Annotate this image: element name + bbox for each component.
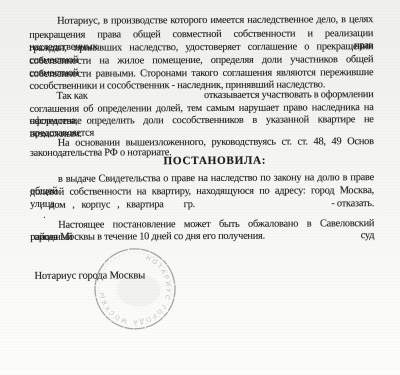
refuse-text: - отказать. bbox=[331, 198, 374, 210]
address-fields-text: , дом , корпус , квартира bbox=[40, 199, 164, 212]
tak-kak-text: Так как bbox=[56, 90, 87, 102]
body-line: Нотариус, в производстве которого имеетс… bbox=[29, 14, 373, 28]
body-line: собственности равными. Сторонами такого … bbox=[29, 67, 373, 81]
notary-stamp: НОТАРИУС ГОРОДА МОСКВЫ bbox=[92, 246, 177, 331]
document-content: Нотариус, в производстве которого имеетс… bbox=[0, 0, 400, 375]
body-line: города Москвы в течение 10 дней со дня е… bbox=[30, 230, 374, 244]
signature-line: Нотариус города Москвы bbox=[34, 270, 145, 283]
citizen-abbrev: гр. bbox=[184, 199, 195, 211]
address-fields: , дом , корпус , квартира гр. bbox=[30, 199, 195, 212]
body-line-address-blanks: , дом , корпус , квартира гр. - отказать… bbox=[30, 198, 374, 212]
refusal-text: отказывается участвовать в оформлении bbox=[204, 89, 374, 102]
resolution-heading: ПОСТАНОВИЛА: bbox=[30, 153, 400, 167]
scanned-notary-resolution: Нотариус, в производстве которого имеетс… bbox=[0, 0, 400, 375]
body-line-redacted-gap: Так как отказывается участвовать в оформ… bbox=[29, 89, 373, 103]
